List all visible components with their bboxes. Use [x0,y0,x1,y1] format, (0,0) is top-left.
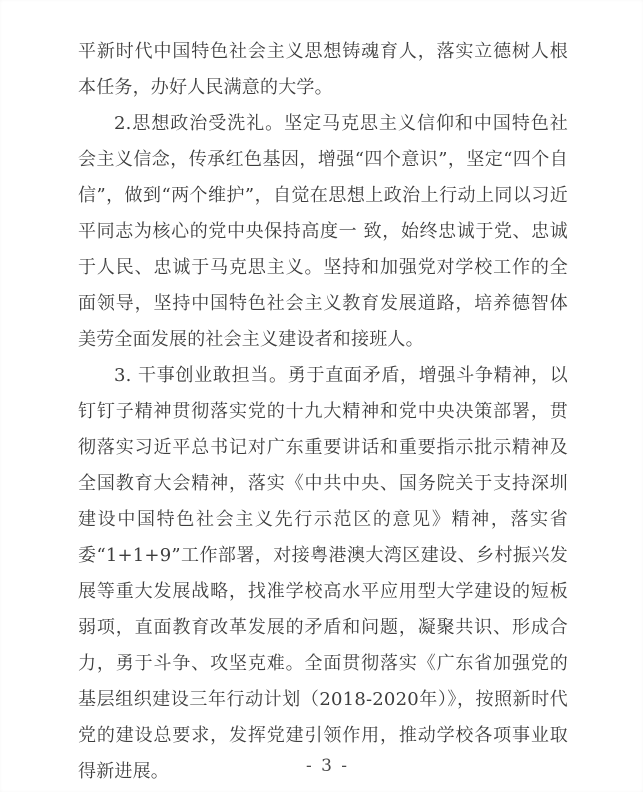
paragraph-point-3: 3. 干事创业敢担当。勇于直面矛盾，增强斗争精神，以钉钉子精神贯彻落实党的十九大… [78,358,568,790]
paragraph-continuation: 平新时代中国特色社会主义思想铸魂育人，落实立德树人根本任务，办好人民满意的大学。 [78,34,568,106]
page-number: - 3 - [12,755,643,777]
document-page: 平新时代中国特色社会主义思想铸魂育人，落实立德树人根本任务，办好人民满意的大学。… [0,0,643,792]
paragraph-point-2: 2.思想政治受洗礼。坚定马克思主义信仰和中国特色社会主义信念，传承红色基因，增强… [78,106,568,358]
text-column: 平新时代中国特色社会主义思想铸魂育人，落实立德树人根本任务，办好人民满意的大学。… [78,34,568,790]
